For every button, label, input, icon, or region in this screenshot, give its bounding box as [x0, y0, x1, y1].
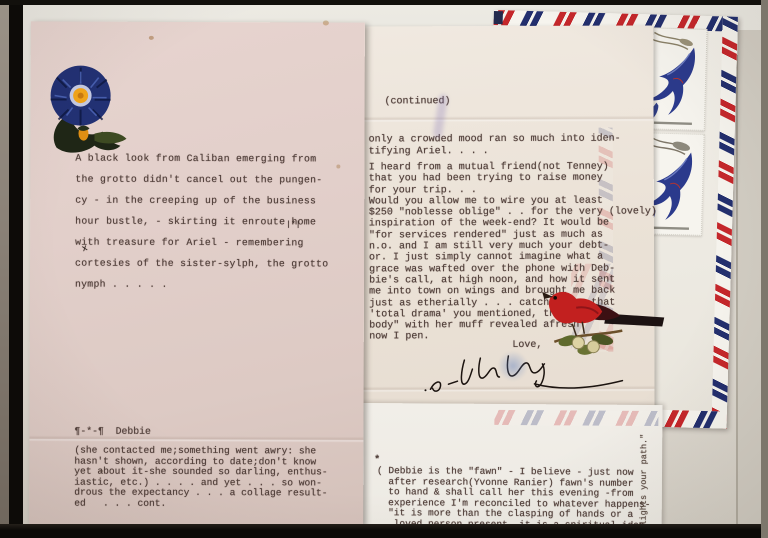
vertical-margin-note: hat lights your path." — [639, 416, 652, 538]
photo-border-left-outer — [0, 0, 9, 538]
photo-border-right — [761, 0, 768, 538]
watercolor-smudge — [498, 350, 528, 382]
letter-page-three: * ( Debbie is the "fawn" - I believe - j… — [356, 403, 663, 538]
fold-crease — [356, 115, 654, 122]
letter-page-one: A black look from Caliban emerging from … — [29, 21, 365, 525]
footnote-paragraph-fawn: ( Debbie is the "fawn" - I believe - jus… — [377, 466, 651, 531]
typed-insertion-mark: |*| — [286, 220, 300, 229]
photo-of-letters: (continued) only a crowded mood ran so m… — [0, 0, 768, 538]
footnote-paragraph-debbie: (she contacted me;something went awry: s… — [74, 446, 328, 510]
stripe-corner-tick — [494, 11, 503, 24]
letter-paragraph-identifying: only a crowded mood ran so much into ide… — [369, 134, 621, 158]
backing-edge — [736, 55, 738, 525]
photo-border-left — [9, 0, 23, 538]
showthrough-stripe-bottom — [494, 410, 658, 426]
paper-stain — [336, 164, 340, 168]
footnote-heading-debbie: ¶-*-¶ Debbie — [74, 426, 150, 437]
backing-right-margin — [738, 30, 762, 525]
paper-stain — [149, 36, 154, 40]
red-bird-collage — [536, 283, 671, 361]
